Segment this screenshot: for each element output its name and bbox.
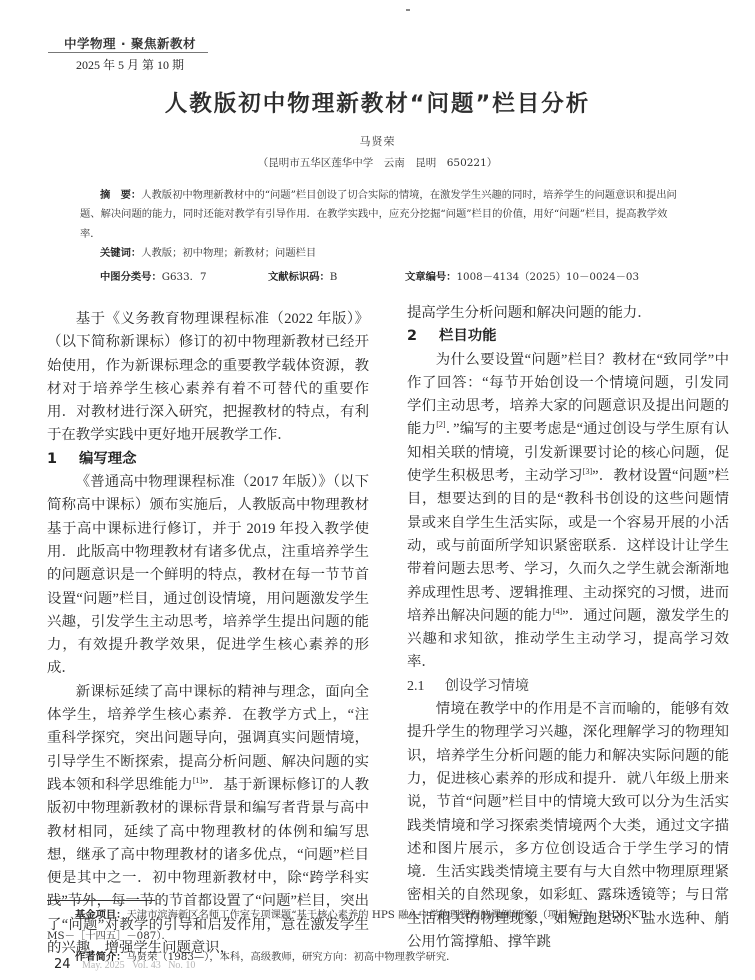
footer-issue-meta: May. 2025 Vol. 43 No. 10 — [82, 960, 195, 971]
issue-info: 2025 年 5 月 第 10 期 — [50, 56, 210, 73]
citation-ref: [3] — [583, 467, 592, 476]
keywords-label: 关键词： — [100, 247, 141, 259]
citation-ref: [1] — [193, 776, 202, 785]
abstract-label: 摘 要： — [100, 189, 141, 201]
section-2-heading: 2栏目功能 — [407, 325, 729, 348]
page-number: 24 — [54, 957, 71, 972]
document-code-label: 文献标识码： — [268, 271, 330, 283]
abstract: 摘 要：人教版初中物理新教材中的“问题”栏目创设了切合实际的情境，在激发学生兴趣… — [80, 186, 680, 244]
subsection-number: 2.1 — [407, 675, 445, 698]
section-2-paragraph-1: 为什么要设置“问题”栏目？教材在“致同学”中作了回答：“每节开始创设一个情境问题… — [407, 349, 729, 675]
keywords-text: 人教版；初中物理；新教材；问题栏目 — [141, 247, 316, 259]
article-number-label: 文章编号： — [405, 271, 456, 283]
section-title: 编写理念 — [79, 451, 137, 467]
document-code: 文献标识码：B — [268, 268, 337, 283]
journal-name: 中学物理 · 聚焦新教材 — [50, 34, 210, 52]
scan-mark — [406, 9, 410, 11]
paragraph-continuation: 提高学生分析问题和解决问题的能力． — [407, 302, 729, 325]
subsection-title: 创设学习情境 — [445, 679, 529, 694]
text-run: ”．教材设置“问题”栏目，想要达到的目的是“教科书创设的这些问题情景或来自学生生… — [407, 468, 729, 624]
author-affiliation: （昆明市五华区莲华中学 云南 昆明 650221） — [0, 155, 755, 170]
section-number: 2 — [407, 325, 439, 348]
fund-text: 天津市滨海新区名师工作室专项课题“基于核心素养的 HPS 融入中学物理课程的课例… — [126, 909, 648, 921]
intro-paragraph: 基于《义务教育物理课程标准（2022 年版）》（以下简称新课标）修订的初中物理新… — [47, 308, 369, 448]
citation-ref: [2] — [436, 420, 445, 429]
fund-note-continuation: MS－［十四五］－087）． — [47, 926, 737, 947]
header-divider — [48, 52, 208, 53]
fund-label: 基金项目： — [75, 909, 126, 921]
subsection-2-1-heading: 2.1创设学习情境 — [407, 675, 729, 698]
clc-number: 中图分类号：G633．7 — [100, 268, 207, 283]
section-1-paragraph-1: 《普通高中物理课程标准（2017 年版）》（以下简称高中课标）颁布实施后，人教版… — [47, 471, 369, 681]
abstract-text: 人教版初中物理新教材中的“问题”栏目创设了切合实际的情境，在激发学生兴趣的同时，… — [80, 189, 677, 240]
fund-note: 基金项目：天津市滨海新区名师工作室专项课题“基于核心素养的 HPS 融入中学物理… — [47, 905, 737, 926]
footnotes: 基金项目：天津市滨海新区名师工作室专项课题“基于核心素养的 HPS 融入中学物理… — [47, 905, 737, 968]
document-code-value: B — [330, 271, 338, 283]
section-number: 1 — [47, 448, 79, 471]
author-name: 马贤荣 — [0, 133, 755, 149]
keywords: 关键词：人教版；初中物理；新教材；问题栏目 — [100, 244, 316, 259]
article-number: 文章编号：1008－4134（2025）10－0024－03 — [405, 268, 639, 283]
section-1-heading: 1编写理念 — [47, 448, 369, 471]
body-column-right: 提高学生分析问题和解决问题的能力． 2栏目功能 为什么要设置“问题”栏目？教材在… — [407, 302, 729, 954]
clc-label: 中图分类号： — [100, 271, 162, 283]
footnote-divider — [47, 900, 155, 901]
clc-value: G633．7 — [162, 271, 207, 283]
section-title: 栏目功能 — [439, 328, 497, 344]
article-number-value: 1008－4134（2025）10－0024－03 — [456, 271, 639, 283]
body-column-left: 基于《义务教育物理课程标准（2022 年版）》（以下简称新课标）修订的初中物理新… — [47, 308, 369, 960]
citation-ref: [4] — [553, 607, 562, 616]
article-title: 人教版初中物理新教材“问题”栏目分析 — [0, 86, 755, 118]
